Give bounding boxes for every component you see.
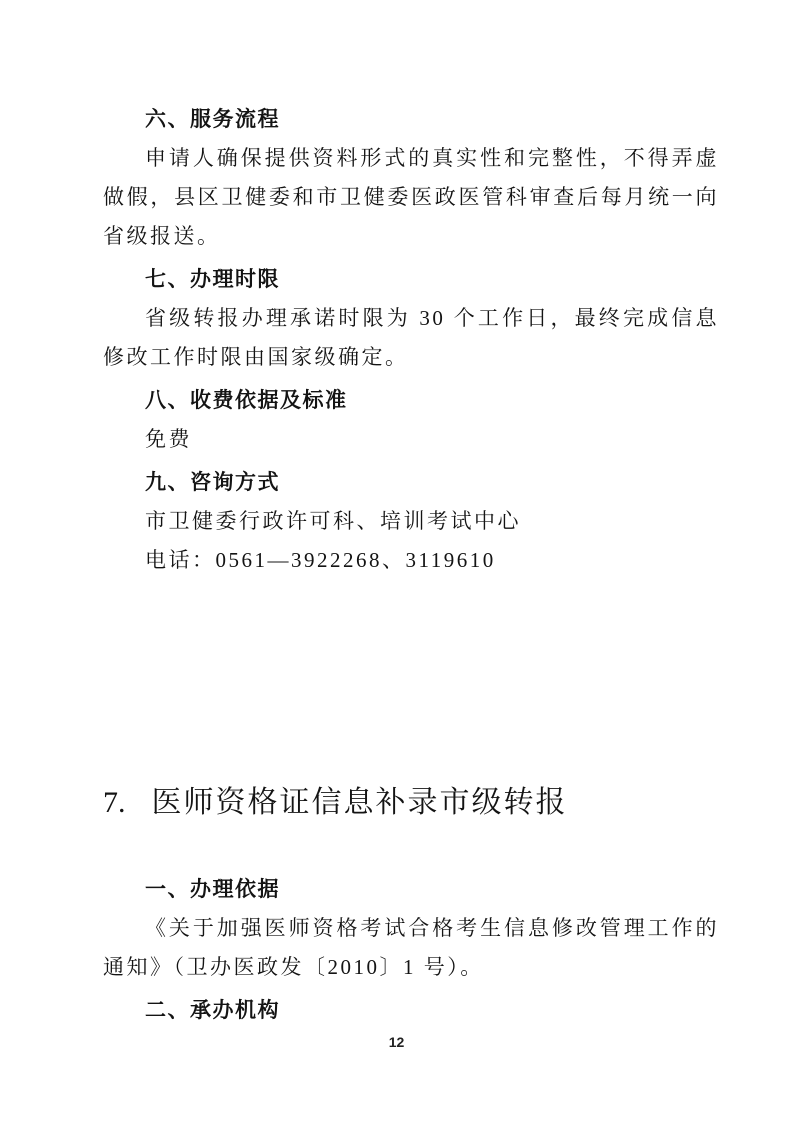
chapter-heading: 7.医师资格证信息补录市级转报: [103, 780, 719, 826]
heading-processing-time-limit: 七、办理时限: [103, 260, 719, 299]
document-content: 六、服务流程 申请人确保提供资料形式的真实性和完整性，不得弄虚做假，县区卫健委和…: [103, 0, 719, 1030]
chapter-number: 7.: [103, 780, 126, 826]
paragraph-service-process: 申请人确保提供资料形式的真实性和完整性，不得弄虚做假，县区卫健委和市卫健委医政医…: [103, 139, 719, 256]
heading-undertaking-organization: 二、承办机构: [103, 991, 719, 1030]
paragraph-fee-free: 免费: [103, 420, 719, 459]
paragraph-consultation-office: 市卫健委行政许可科、培训考试中心: [103, 502, 719, 541]
heading-consultation-method: 九、咨询方式: [103, 463, 719, 502]
paragraph-handling-basis: 《关于加强医师资格考试合格考生信息修改管理工作的通知》（卫办医政发〔2010〕1…: [103, 909, 719, 987]
paragraph-processing-time-limit: 省级转报办理承诺时限为 30 个工作日，最终完成信息修改工作时限由国家级确定。: [103, 299, 719, 377]
heading-service-process: 六、服务流程: [103, 100, 719, 139]
chapter-title: 医师资格证信息补录市级转报: [152, 786, 568, 819]
document-page: 六、服务流程 申请人确保提供资料形式的真实性和完整性，不得弄虚做假，县区卫健委和…: [0, 0, 793, 1122]
page-number: 12: [0, 1034, 793, 1050]
paragraph-consultation-phone: 电话：0561—3922268、3119610: [103, 541, 719, 580]
heading-handling-basis: 一、办理依据: [103, 870, 719, 909]
heading-fee-basis-standard: 八、收费依据及标准: [103, 381, 719, 420]
